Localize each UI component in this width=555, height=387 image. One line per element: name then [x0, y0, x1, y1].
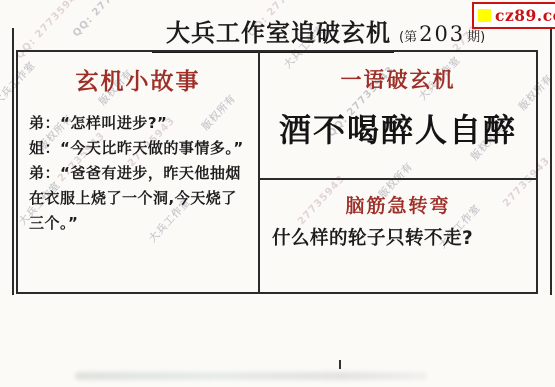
- site-logo[interactable]: cz89.com: [472, 2, 555, 29]
- story-line-2: 姐：“今天比昨天做的事情多。”: [29, 136, 248, 161]
- panel-brainteaser: 脑筋急转弯 什么样的轮子只转不走?: [260, 180, 536, 292]
- panel-story: 玄机小故事 弟：“怎样叫进步?” 姐：“今天比昨天做的事情多。” 弟：“爸爸有进…: [18, 52, 260, 292]
- story-line-1: 弟：“怎样叫进步?”: [29, 111, 248, 136]
- logo-text: cz89.com: [495, 6, 555, 25]
- issue-prefix: (第: [399, 30, 417, 45]
- scan-tick-mark: [339, 360, 341, 369]
- watermark-text: QQ: 27735943: [71, 0, 142, 39]
- right-column: 一语破玄机 酒不喝醉人自醉 脑筋急转弯 什么样的轮子只转不走?: [260, 52, 536, 292]
- issue-suffix: 期): [467, 30, 485, 45]
- page-header: 大兵工作室追破玄机(第203期): [152, 13, 485, 53]
- page-title: 大兵工作室追破玄机: [152, 13, 394, 53]
- scan-smudge: [75, 372, 427, 380]
- scanned-page: 大兵工作室QQ: 27735943版权所有大兵工作室27735943QQ: 27…: [0, 0, 555, 387]
- brainteaser-title: 脑筋急转弯: [260, 191, 536, 218]
- brainteaser-question: 什么样的轮子只转不走?: [272, 224, 536, 250]
- mystery-title: 一语破玄机: [260, 64, 536, 94]
- content-table: 玄机小故事 弟：“怎样叫进步?” 姐：“今天比昨天做的事情多。” 弟：“爸爸有进…: [16, 50, 538, 294]
- outer-frame-left-line: [12, 28, 14, 295]
- logo-square-icon: [478, 9, 491, 22]
- issue-number: 203: [419, 22, 465, 46]
- story-text: 弟：“怎样叫进步?” 姐：“今天比昨天做的事情多。” 弟：“爸爸有进步，昨天他抽…: [29, 111, 248, 236]
- panel-mystery: 一语破玄机 酒不喝醉人自醉: [260, 52, 536, 180]
- mystery-phrase: 酒不喝醉人自醉: [260, 105, 536, 151]
- story-title: 玄机小故事: [18, 63, 258, 96]
- outer-frame-right-line: [550, 22, 552, 295]
- story-line-3: 弟：“爸爸有进步，昨天他抽烟在衣服上烧了一个洞,今天烧了三个。”: [29, 161, 248, 236]
